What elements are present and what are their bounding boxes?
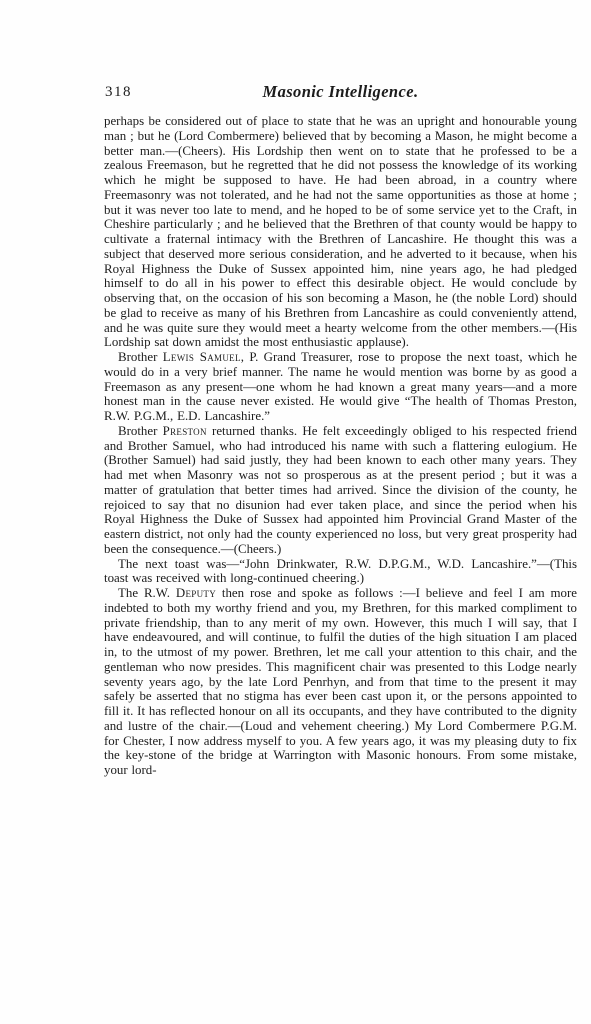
paragraph: The R.W. Deputy then rose and spoke as f… <box>104 586 577 778</box>
text-run: The R.W. <box>118 586 176 600</box>
text-run: The next toast was—“John Drinkwater, R.W… <box>104 557 577 586</box>
person-name: Lewis Samuel <box>163 350 241 364</box>
person-name: Deputy <box>176 586 216 600</box>
paragraph: Brother Preston returned thanks. He felt… <box>104 424 577 557</box>
page-header: 318 Masonic Intelligence. <box>104 82 577 104</box>
paragraph: Brother Lewis Samuel, P. Grand Treasurer… <box>104 350 577 424</box>
text-run: returned thanks. He felt exceedingly obl… <box>104 424 577 556</box>
text-run: Brother <box>118 350 163 364</box>
text-run: Brother <box>118 424 163 438</box>
paragraph: perhaps be considered out of place to st… <box>104 114 577 350</box>
document-body: perhaps be considered out of place to st… <box>104 114 577 778</box>
document-page: 318 Masonic Intelligence. perhaps be con… <box>0 0 591 1024</box>
paragraph: The next toast was—“John Drinkwater, R.W… <box>104 557 577 587</box>
person-name: Preston <box>163 424 207 438</box>
page-title: Masonic Intelligence. <box>104 82 577 102</box>
text-run: perhaps be considered out of place to st… <box>104 114 577 349</box>
text-run: then rose and spoke as follows :—I belie… <box>104 586 577 777</box>
